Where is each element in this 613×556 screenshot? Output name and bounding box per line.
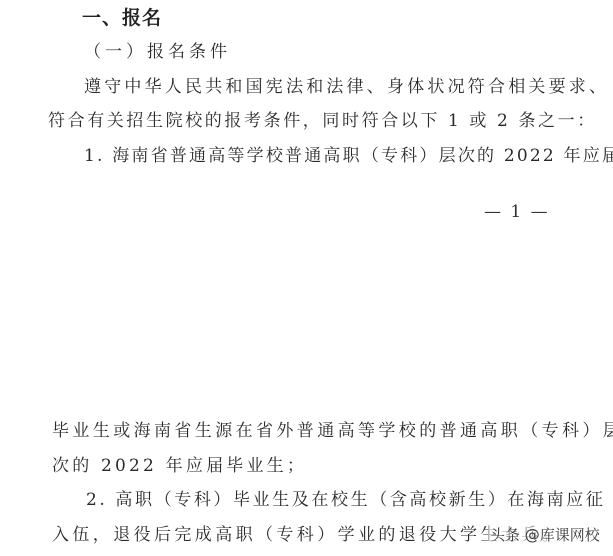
paragraph-line: 毕业生或海南省生源在省外普通高等学校的普通高职（专科）层 [52,420,613,442]
paragraph-line: 入伍，退役后完成高职（专科）学业的退役大学生士兵。 [52,524,562,546]
paragraph-line: 符合有关招生院校的报考条件，同时符合以下 1 或 2 条之一： [48,110,597,132]
page-number: — 1 — [484,202,550,222]
subsection-heading: （一）报名条件 [84,41,231,63]
paragraph-line: 次的 2022 年应届毕业生； [52,455,307,477]
section-heading: 一、报名 [82,6,162,30]
paragraph-line: 1. 海南省普通高等学校普通高职（专科）层次的 2022 年应届 [84,145,613,167]
paragraph-line: 2. 高职（专科）毕业生及在校生（含高校新生）在海南应征 [86,489,605,511]
paragraph-line: 遵守中华人民共和国宪法和法律、身体状况符合相关要求、 [84,76,609,98]
watermark: 头条 @库课网校 [488,524,602,545]
